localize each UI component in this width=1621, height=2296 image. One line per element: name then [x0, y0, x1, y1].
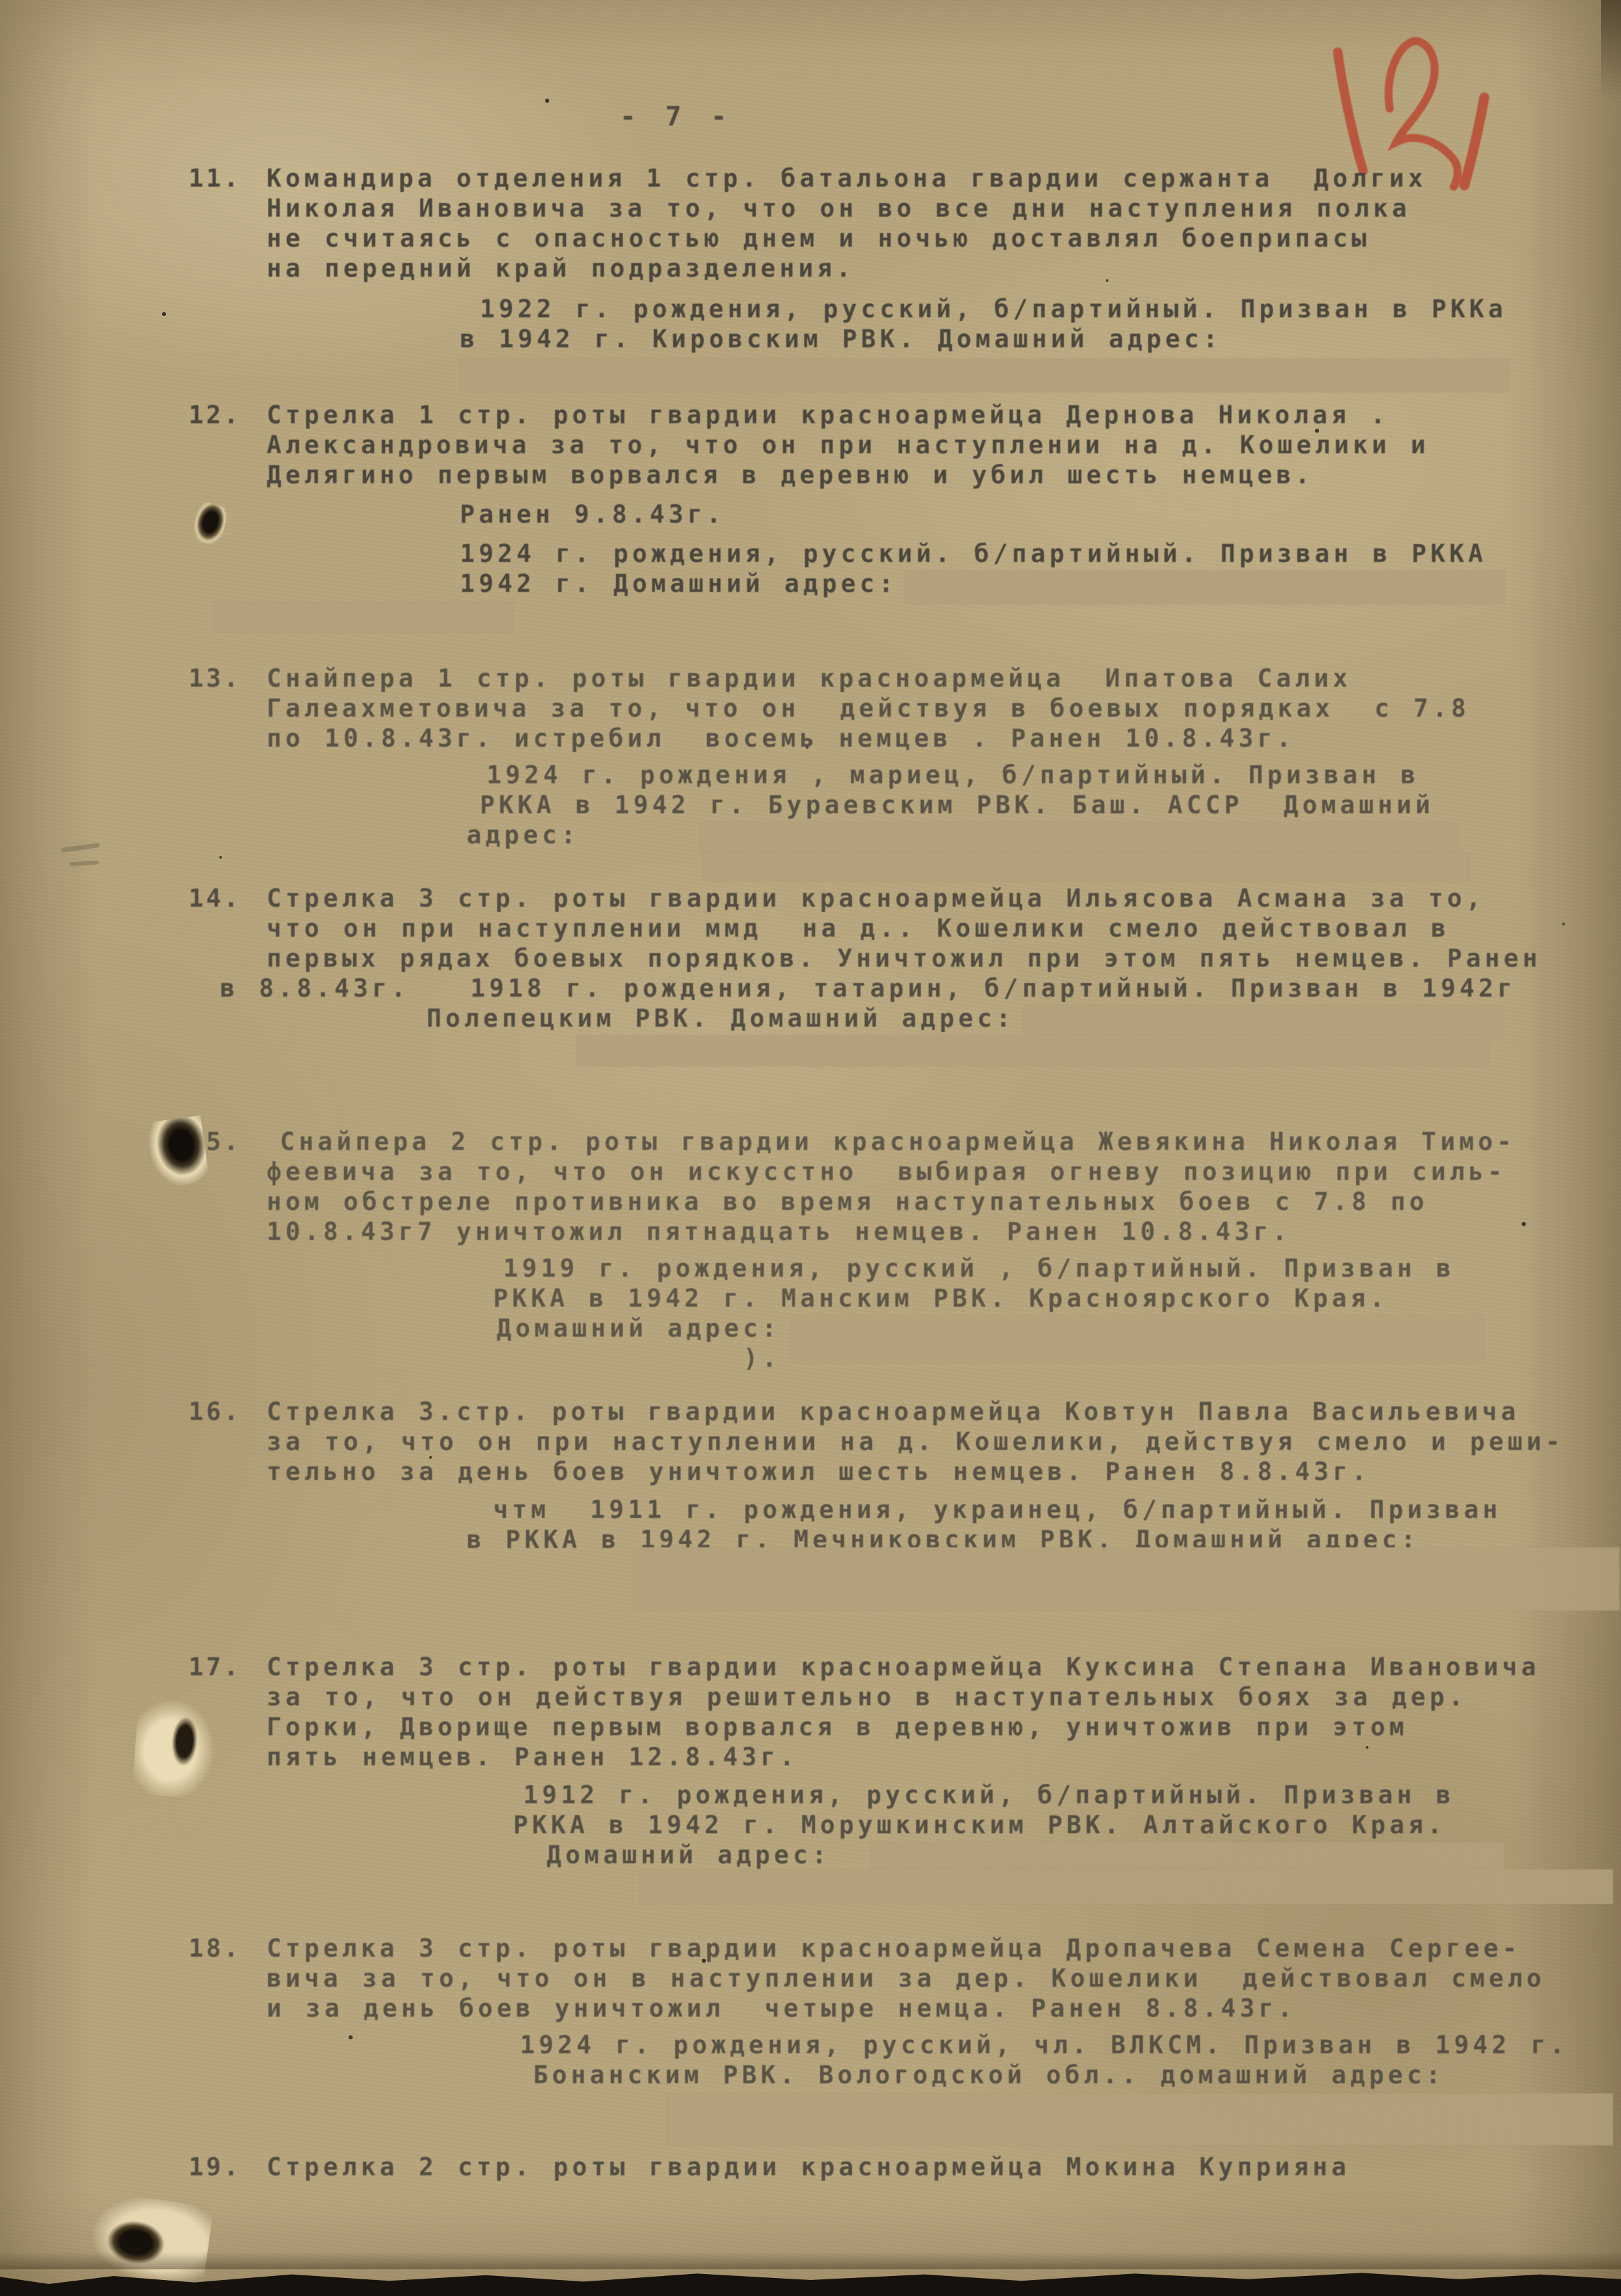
typewritten-text: адрес:	[467, 820, 580, 850]
typewritten-text: Николая Ивановича за то, что он во все д…	[267, 193, 1411, 223]
typewritten-text: Стрелка 3 стр. роты гвардии красноармейц…	[267, 1652, 1540, 1682]
award-entry-17: 17.Стрелка 3 стр. роты гвардии красноарм…	[0, 1652, 1621, 1897]
text-line: 1912 г. рождения, русский, б/партийный. …	[523, 1780, 1621, 1810]
text-line: чтм 1911 г. рождения, украинец, б/партий…	[493, 1495, 1621, 1525]
typewritten-text: Стрелка 3 стр. роты гвардии красноармейц…	[267, 1933, 1521, 1963]
text-line: Командира отделения 1 стр. батальона гва…	[267, 163, 1621, 193]
text-line: адрес:	[467, 820, 1621, 850]
text-line	[703, 850, 1621, 880]
text-line	[633, 1545, 1621, 1575]
typewritten-text: и за день боев уничтожил четыре немца. Р…	[267, 1993, 1296, 2023]
typewritten-text: не считаясь с опасностью днем и ночью до…	[267, 223, 1370, 253]
entry-number: 19.	[189, 2152, 241, 2182]
typewritten-text: Александровича за то, что он при наступл…	[267, 430, 1430, 460]
entry-number: 14.	[189, 883, 241, 913]
typewritten-text: за то, что он при наступлении на д. Коше…	[267, 1427, 1564, 1457]
text-line: за то, что он действуя решительно в наст…	[267, 1682, 1621, 1712]
text-line: Стрелка 2 стр. роты гвардии красноармейц…	[267, 2152, 1621, 2182]
typewritten-text: РККА в 1942 г. Манским РВК. Красноярског…	[493, 1283, 1388, 1313]
paper-tear	[87, 2191, 214, 2289]
text-line: 1919 г. рождения, русский , б/партийный.…	[503, 1253, 1621, 1283]
redaction-box	[213, 602, 513, 633]
text-line: Александровича за то, что он при наступл…	[267, 430, 1621, 460]
torn-edge-shadow	[0, 2252, 1621, 2269]
text-line	[640, 1867, 1621, 1897]
typewritten-text: чтм 1911 г. рождения, украинец, б/партий…	[493, 1495, 1502, 1525]
text-line: Снайпера 2 стр. роты гвардии красноармей…	[280, 1127, 1621, 1157]
award-entry-12: 12.Стрелка 1 стр. роты гвардии красноарм…	[0, 400, 1621, 630]
text-line: 1924 г. рождения , мариец, б/партийный. …	[487, 760, 1621, 790]
text-line: Галеахметовича за то, что он действуя в …	[267, 693, 1621, 723]
typewritten-text: по 10.8.43г. истребил восемь немцев . Ра…	[267, 723, 1295, 753]
entry-number: 12.	[189, 400, 241, 430]
typewritten-text: Стрелка 3.стр. роты гвардии красноармейц…	[267, 1397, 1520, 1427]
text-line: вича за то, что он в наступлении за дер.…	[267, 1963, 1621, 1993]
typewritten-text: тельно за день боев уничтожил шесть немц…	[267, 1457, 1370, 1487]
text-line: 1924 г. рождения, русский. б/партийный. …	[460, 539, 1621, 569]
typewritten-text: Галеахметовича за то, что он действуя в …	[267, 693, 1470, 723]
text-line: Николая Ивановича за то, что он во все д…	[267, 193, 1621, 223]
text-line: Горки, Дворище первым ворвался в деревню…	[267, 1712, 1621, 1742]
typewritten-text: вича за то, что он в наступлении за дер.…	[267, 1963, 1545, 1993]
paper-tear	[132, 1697, 217, 1799]
text-line: Делягино первым ворвался в деревню и уби…	[267, 460, 1621, 490]
redaction-box	[640, 1869, 1613, 1904]
typewritten-text: Стрелка 1 стр. роты гвардии красноармейц…	[267, 400, 1389, 430]
text-line: Полепецким РВК. Домашний адрес:	[427, 1003, 1621, 1033]
award-entry-19: 19.Стрелка 2 стр. роты гвардии красноарм…	[0, 2152, 1621, 2182]
typewritten-text: Стрелка 2 стр. роты гвардии красноармейц…	[267, 2152, 1350, 2182]
text-line: феевича за то, что он искусстно выбирая …	[267, 1157, 1621, 1187]
entry-number: 17.	[189, 1652, 241, 1682]
text-line: что он при наступлении ммд на д.. Кошели…	[267, 913, 1621, 943]
typewritten-text: Бонанским РВК. Вологодской обл.. домашни…	[533, 2060, 1444, 2090]
typewritten-text: Домашний адрес:	[547, 1840, 830, 1870]
typewritten-text: Ранен 9.8.43г.	[460, 499, 725, 529]
text-line: в 1942 г. Кировским РВК. Домашний адрес:	[460, 324, 1621, 354]
typewritten-text: за то, что он действуя решительно в наст…	[267, 1682, 1467, 1712]
redaction-box	[633, 1547, 1620, 1611]
text-line	[460, 357, 1621, 387]
text-line: Стрелка 1 стр. роты гвардии красноармейц…	[267, 400, 1621, 430]
text-line: Стрелка 3 стр. роты гвардии красноармейц…	[267, 1933, 1621, 1963]
award-entry-13: 13.Снайпера 1 стр. роты гвардии красноар…	[0, 663, 1621, 880]
award-entry-18: 18.Стрелка 3 стр. роты гвардии красноарм…	[0, 1933, 1621, 2121]
typewritten-text: феевича за то, что он искусстно выбирая …	[267, 1157, 1506, 1187]
text-line: Стрелка 3 стр. роты гвардии красноармейц…	[267, 1652, 1621, 1682]
typewritten-text: Снайпера 1 стр. роты гвардии красноармей…	[267, 663, 1352, 693]
typewritten-text: что он при наступлении ммд на д.. Кошели…	[267, 913, 1450, 943]
text-line	[213, 600, 1621, 630]
typewritten-text: в 1942 г. Кировским РВК. Домашний адрес:	[460, 324, 1222, 354]
entry-number: 13.	[189, 663, 241, 693]
typewritten-text: Снайпера 2 стр. роты гвардии красноармей…	[280, 1127, 1516, 1157]
typewritten-text: Стрелка 3 стр. роты гвардии красноармейц…	[267, 883, 1485, 913]
typewritten-text: пять немцев. Ранен 12.8.43г.	[267, 1742, 799, 1772]
text-line: РККА в 1942 г. Бураевским РВК. Баш. АССР…	[480, 790, 1621, 820]
typewritten-text: 1924 г. рождения , мариец, б/партийный. …	[487, 760, 1420, 790]
paper-specks	[0, 0, 1, 1]
redaction-box	[703, 852, 1470, 881]
text-line: и за день боев уничтожил четыре немца. Р…	[267, 1993, 1621, 2023]
text-line: 1922 г. рождения, русский, б/партийный. …	[480, 294, 1621, 324]
typewritten-text: РККА в 1942 г. Морушкинским РВК. Алтайск…	[513, 1810, 1446, 1840]
text-line: РККА в 1942 г. Манским РВК. Красноярског…	[493, 1283, 1621, 1313]
text-line: РККА в 1942 г. Морушкинским РВК. Алтайск…	[513, 1810, 1621, 1840]
text-line: 1942 г. Домашний адрес:	[460, 569, 1621, 599]
text-line: Снайпера 1 стр. роты гвардии красноармей…	[267, 663, 1621, 693]
typewritten-text: ).	[743, 1343, 781, 1373]
entry-number: 18.	[189, 1933, 241, 1963]
typewritten-text: первых рядах боевых порядков. Уничтожил …	[267, 943, 1541, 973]
text-line: по 10.8.43г. истребил восемь немцев . Ра…	[267, 723, 1621, 753]
typewritten-text: 1924 г. рождения, русский. б/партийный. …	[460, 539, 1487, 569]
typewritten-text: на передний край подразделения.	[267, 253, 855, 283]
typewritten-text: Полепецким РВК. Домашний адрес:	[427, 1003, 1015, 1033]
text-line: Стрелка 3 стр. роты гвардии красноармейц…	[267, 883, 1621, 913]
typewritten-text: РККА в 1942 г. Бураевским РВК. Баш. АССР…	[480, 790, 1434, 820]
award-entry-14: 14.Стрелка 3 стр. роты гвардии красноарм…	[0, 883, 1621, 1063]
typewritten-text: в 8.8.43г. 1918 г. рождения, татарин, б/…	[220, 973, 1516, 1003]
text-line	[667, 2091, 1621, 2121]
redaction-box	[905, 571, 1505, 604]
text-line: тельно за день боев уничтожил шесть немц…	[267, 1457, 1621, 1487]
text-line: ном обстреле противника во время наступа…	[267, 1187, 1621, 1217]
entry-number: 16.	[189, 1397, 241, 1427]
text-line: первых рядах боевых порядков. Уничтожил …	[267, 943, 1621, 973]
text-line: 1924 г. рождения, русский, чл. ВЛКСМ. Пр…	[520, 2030, 1621, 2060]
text-line: 10.8.43г7 уничтожил пятнадцать немцев. Р…	[267, 1217, 1621, 1247]
text-line: Бонанским РВК. Вологодской обл.. домашни…	[533, 2060, 1621, 2090]
typewritten-text: 1912 г. рождения, русский, б/партийный. …	[523, 1780, 1455, 1810]
redaction-box	[577, 1035, 1490, 1066]
award-entry-11: 11.Командира отделения 1 стр. батальона …	[0, 163, 1621, 387]
text-line: Стрелка 3.стр. роты гвардии красноармейц…	[267, 1397, 1621, 1427]
text-line: Домашний адрес:	[497, 1313, 1621, 1343]
paper-hole	[146, 1115, 209, 1189]
typewritten-text: Командира отделения 1 стр. батальона гва…	[267, 163, 1427, 193]
typewritten-text: 1942 г. Домашний адрес:	[460, 569, 897, 599]
entry-number: 11.	[189, 163, 241, 193]
text-line: Ранен 9.8.43г.	[460, 499, 1621, 529]
typewritten-text: Домашний адрес:	[497, 1313, 781, 1343]
typewritten-text: 1924 г. рождения, русский, чл. ВЛКСМ. Пр…	[520, 2030, 1568, 2060]
document-page: - 7 - 11.Командира отделения 1 стр. бата…	[0, 0, 1621, 2296]
typewritten-text: 1922 г. рождения, русский, б/партийный. …	[480, 294, 1507, 324]
text-line: на передний край подразделения.	[267, 253, 1621, 283]
scan-edge-shadow	[1601, 0, 1621, 100]
typewritten-text: Горки, Дворище первым ворвался в деревню…	[267, 1712, 1408, 1742]
text-line	[577, 1033, 1621, 1063]
typewritten-text: 1919 г. рождения, русский , б/партийный.…	[503, 1253, 1455, 1283]
typewritten-text: Делягино первым ворвался в деревню и уби…	[267, 460, 1314, 490]
award-entry-16: 16.Стрелка 3.стр. роты гвардии красноарм…	[0, 1397, 1621, 1575]
page-number: - 7 -	[620, 101, 733, 132]
typewritten-text: ном обстреле противника во время наступа…	[267, 1187, 1428, 1217]
text-line: не считаясь с опасностью днем и ночью до…	[267, 223, 1621, 253]
award-entry-15: 15.Снайпера 2 стр. роты гвардии красноар…	[0, 1127, 1621, 1373]
redaction-box	[791, 1315, 1484, 1363]
redaction-box	[667, 2093, 1613, 2145]
text-line: Домашний адрес:	[547, 1840, 1621, 1870]
redaction-box	[460, 359, 1510, 392]
text-line: за то, что он при наступлении на д. Коше…	[267, 1427, 1621, 1457]
text-line: в 8.8.43г. 1918 г. рождения, татарин, б/…	[220, 973, 1621, 1003]
text-line: пять немцев. Ранен 12.8.43г.	[267, 1742, 1621, 1772]
typewritten-text: 10.8.43г7 уничтожил пятнадцать немцев. Р…	[267, 1217, 1291, 1247]
